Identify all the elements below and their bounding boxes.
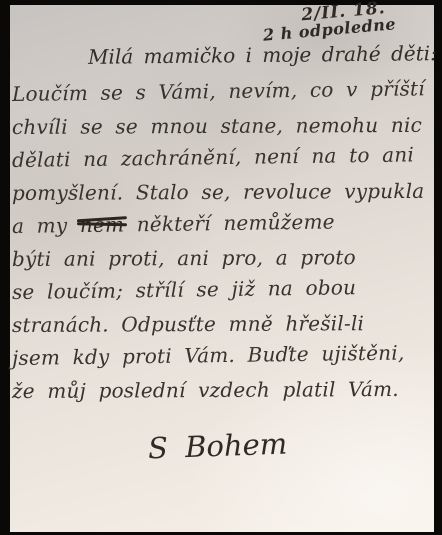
letter-line-5: a my nem někteří nemůžeme	[12, 204, 436, 243]
letter-line-9: jsem kdy proti Vám. Buďte ujištěni,	[12, 336, 436, 375]
letter-line-3: dělati na zachránění, není na to ani	[12, 138, 436, 177]
struck-line-post: někteří nemůžeme	[124, 209, 335, 236]
crossed-out-word: nem	[80, 208, 125, 242]
letter-line-10: že můj poslední vzdech platil Vám.	[12, 373, 436, 408]
letter-photo-frame: 2/II. 18. 2 h odpoledne Milá mamičko i m…	[0, 0, 442, 535]
struck-line-pre: a my	[12, 213, 80, 238]
letter-line-7: se loučím; střílí se již na obou	[12, 270, 436, 309]
letter-body: Loučím se s Vámi, nevím, co v příští chv…	[12, 78, 436, 408]
salutation-line: Milá mamičko i moje drahé děti:	[88, 41, 437, 69]
signature: S Bohem	[147, 427, 287, 466]
letter-paper: 2/II. 18. 2 h odpoledne Milá mamičko i m…	[10, 5, 434, 532]
letter-line-1: Loučím se s Vámi, nevím, co v příští	[12, 72, 436, 111]
date-block: 2/II. 18. 2 h odpoledne	[261, 0, 397, 45]
